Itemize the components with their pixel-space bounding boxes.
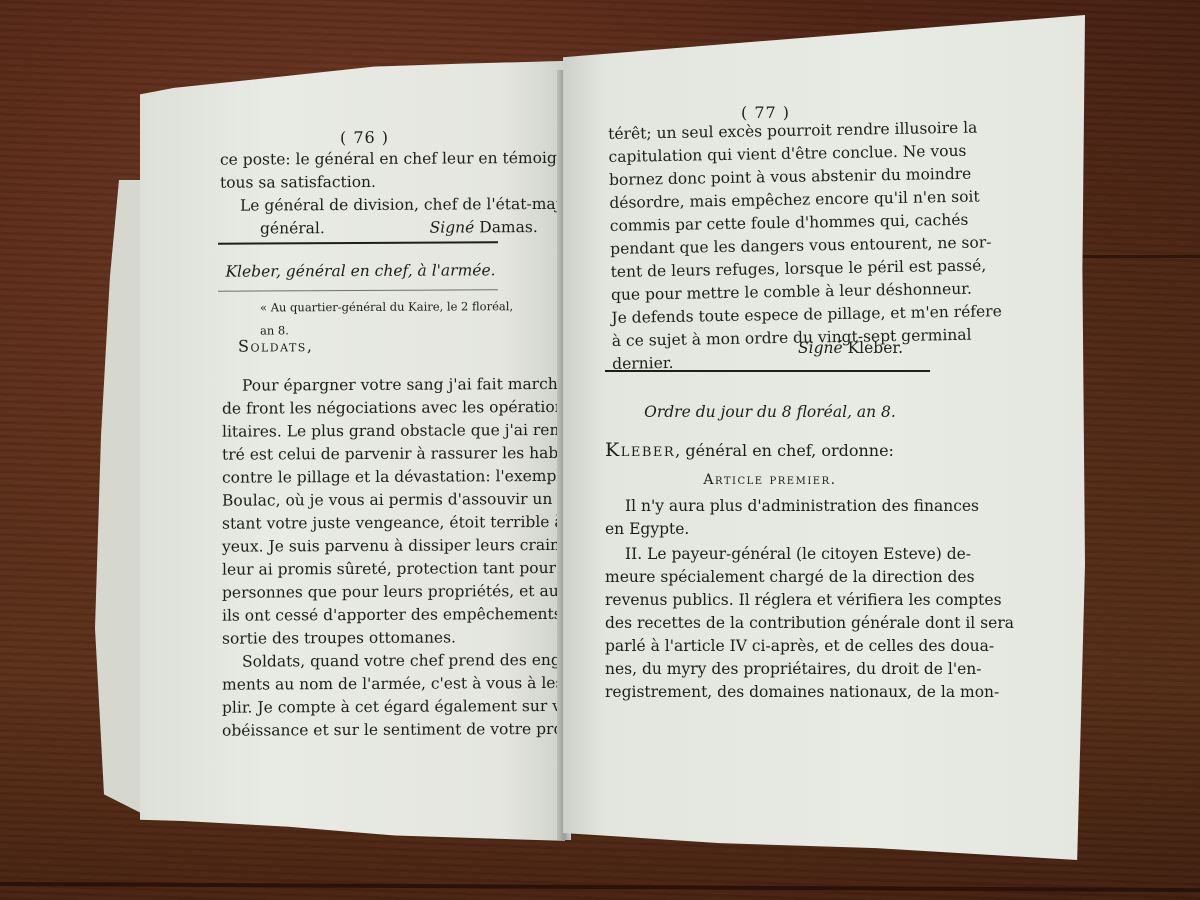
signature-role: général.: [260, 219, 325, 237]
signer-name: Kleber.: [848, 339, 903, 357]
text-line: Boulac, où je vous ai permis d'assouvir …: [222, 488, 505, 512]
text-line: ils ont cessé d'apporter des empêchement…: [222, 603, 505, 627]
article-2: II. Le payeur-général (le citoyen Esteve…: [605, 543, 940, 704]
section-heading: Kleber, général en chef, à l'armée.: [218, 259, 503, 283]
signe-label: Signé: [798, 339, 843, 357]
section-rule: [605, 370, 930, 372]
signature-line-2: général. Signé Damas.: [220, 216, 510, 241]
text-line: contre le pillage et la dévastation: l'e…: [222, 465, 505, 489]
text-line: Pour épargner votre sang j'ai fait march…: [222, 373, 505, 397]
text-line: personnes que pour leurs propriétés, et …: [222, 580, 505, 604]
signature-line: Le général de division, chef de l'état-m…: [220, 193, 510, 218]
text-line: Soldats, quand votre chef prend des enga…: [222, 649, 505, 673]
top-lines: ce poste: le général en chef leur en tém…: [220, 147, 510, 241]
page-number: ( 76 ): [340, 128, 389, 147]
text-line: ce poste: le général en chef leur en tém…: [220, 147, 510, 172]
text-line: stant votre juste vengeance, étoit terri…: [222, 511, 505, 535]
text-line: en Egypte.: [605, 518, 940, 541]
text-line: leur ai promis sûreté, protection tant p…: [222, 557, 505, 581]
heading-rule: [218, 289, 498, 291]
section-rule: [218, 241, 498, 244]
kleber-ordonne: Kleber, général en chef, ordonne:: [605, 439, 940, 462]
text-line: revenus publics. Il réglera et vérifiera…: [605, 589, 940, 612]
text-line: tré est celui de parvenir à rassurer les…: [222, 442, 505, 466]
text-line: meure spécialement chargé de la directio…: [605, 566, 940, 589]
signe-label: Signé: [430, 218, 475, 236]
text-line: sortie des troupes ottomanes.: [222, 626, 505, 650]
text-line: obéissance et sur le sentiment de votre …: [222, 718, 505, 742]
text-line: litaires. Le plus grand obstacle que j'a…: [222, 419, 505, 443]
text-line: des recettes de la contribution générale…: [605, 612, 940, 635]
signature: Signé Kleber.: [798, 337, 903, 360]
text-line: nes, du myry des propriétaires, du droit…: [605, 658, 940, 681]
text-line: plir. Je compte à cet égard également su…: [222, 695, 505, 719]
order-heading: Ordre du jour du 8 floréal, an 8.: [605, 401, 935, 424]
kleber-rest: , général en chef, ordonne:: [675, 441, 894, 460]
kleber-name: Kleber: [605, 439, 675, 461]
salutation: Soldats,: [238, 334, 313, 357]
text-line: de front les négociations avec les opéra…: [222, 396, 505, 420]
table-plank-seam: [1080, 255, 1200, 258]
text-line: Il n'y aura plus d'administration des fi…: [605, 495, 940, 518]
text-line: registrement, des domaines nationaux, de…: [605, 681, 940, 704]
text-line: yeux. Je suis parvenu à dissiper leurs c…: [222, 534, 505, 558]
text-line: tous sa satisfaction.: [220, 170, 510, 195]
text-line: II. Le payeur-général (le citoyen Esteve…: [605, 543, 940, 566]
article-title: Article premier.: [605, 469, 935, 492]
paragraph-1: Pour épargner votre sang j'ai fait march…: [222, 373, 505, 742]
left-page: ( 76 ) ce poste: le général en chef leur…: [140, 61, 565, 843]
article-1: Il n'y aura plus d'administration des fi…: [605, 495, 940, 541]
text-line: ments au nom de l'armée, c'est à vous à …: [222, 672, 505, 696]
signer-name: Damas.: [479, 218, 538, 236]
text-line: parlé à l'article IV ci-après, et de cel…: [605, 635, 940, 658]
right-page: ( 77 ) térêt; un seul excès pourroit ren…: [563, 15, 1085, 860]
